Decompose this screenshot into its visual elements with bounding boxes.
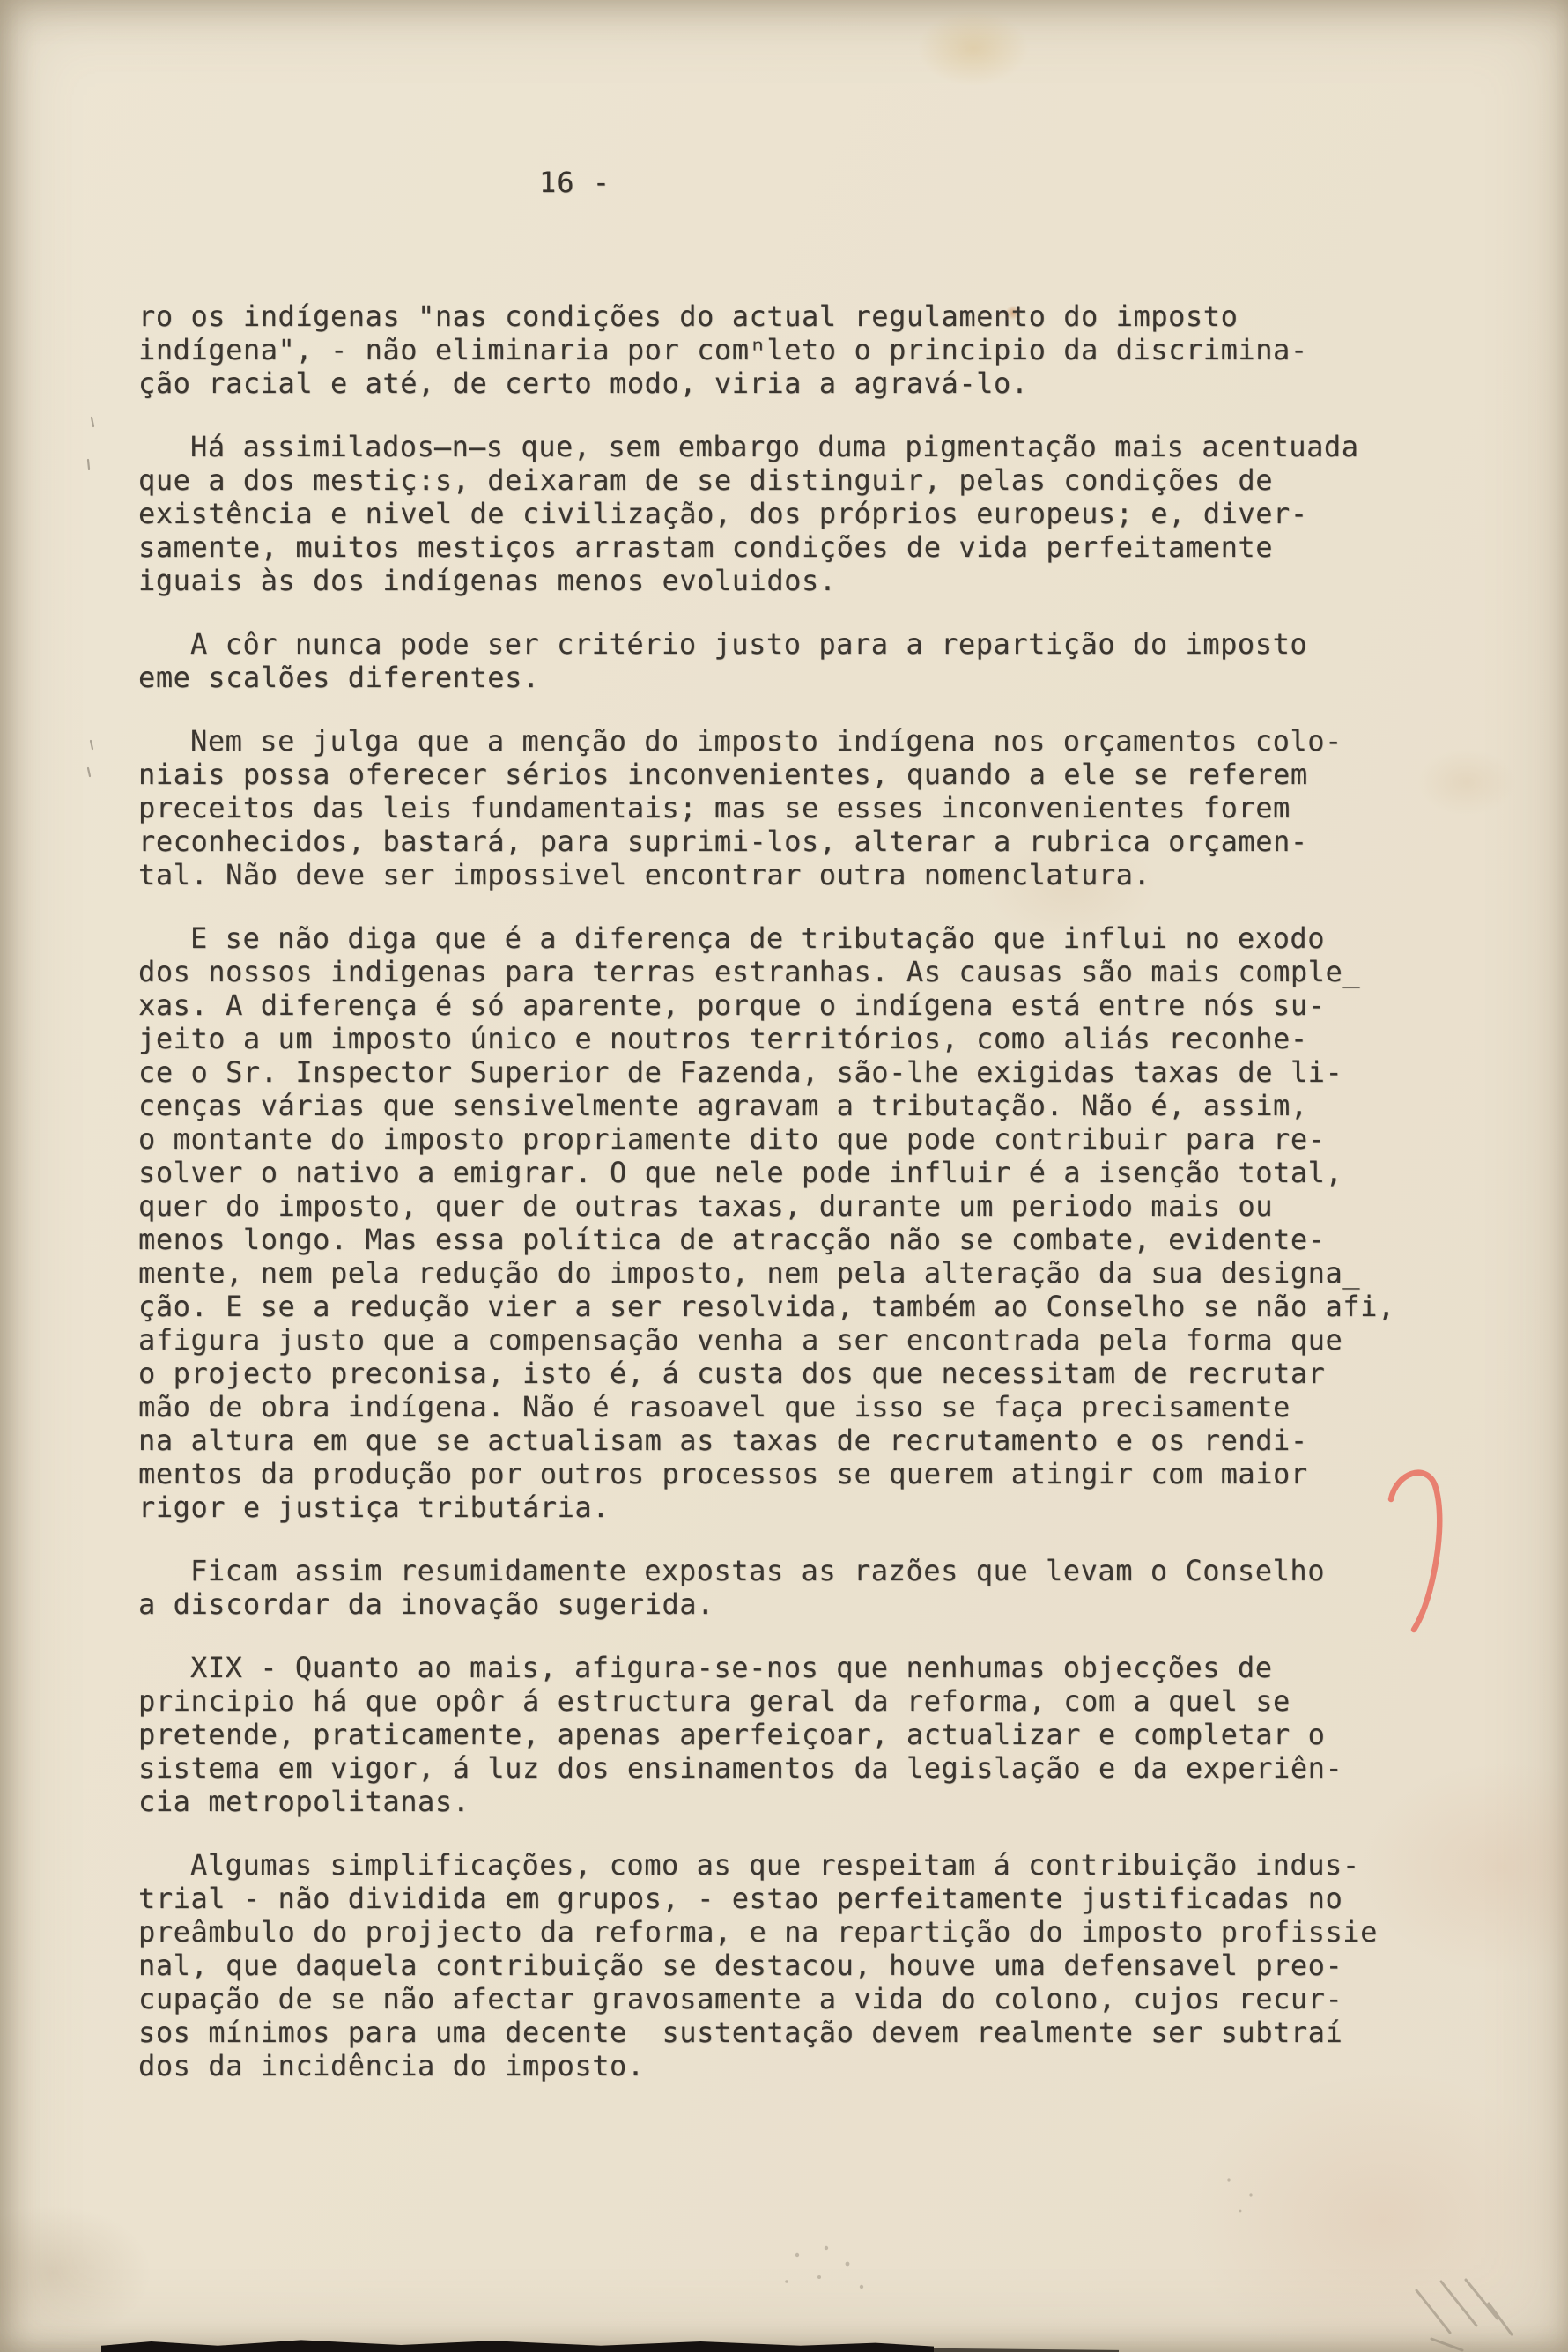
text-line: quer do imposto, quer de outras taxas, d… bbox=[138, 1189, 1442, 1223]
text-line: preceitos das leis fundamentais; mas se … bbox=[138, 791, 1442, 825]
text-line: ção. E se a redução vier a ser resolvida… bbox=[138, 1290, 1442, 1323]
paragraph: Há assimilados̶n̶s que, sem embargo duma… bbox=[138, 430, 1442, 597]
paragraph: A côr nunca pode ser critério justo para… bbox=[138, 627, 1442, 694]
text-line: mão de obra indígena. Não é rasoavel que… bbox=[138, 1390, 1442, 1424]
text-line: Ficam assim resumidamente expostas as ra… bbox=[138, 1554, 1442, 1587]
text-line: ro os indígenas "nas condições do actual… bbox=[138, 300, 1442, 333]
scanned-page: 16 - ro os indígenas "nas condições do a… bbox=[0, 0, 1568, 2352]
text-line: cia metropolitanas. bbox=[138, 1785, 1442, 1818]
text-line: ce o Sr. Inspector Superior de Fazenda, … bbox=[138, 1055, 1442, 1089]
text-line: a discordar da inovação sugerida. bbox=[138, 1587, 1442, 1621]
text-line: pretende, praticamente, apenas aperfeiço… bbox=[138, 1718, 1442, 1751]
text-line: indígena", - não eliminaria por comⁿleto… bbox=[138, 333, 1442, 366]
text-line: existência e nivel de civilização, dos p… bbox=[138, 497, 1442, 530]
text-line: preâmbulo do projjecto da reforma, e na … bbox=[138, 1915, 1442, 1949]
text-line: sos mínimos para uma decente sustentação… bbox=[138, 2015, 1442, 2049]
text-line: dos da incidência do imposto. bbox=[138, 2049, 1442, 2082]
text-line: E se não diga que é a diferença de tribu… bbox=[138, 921, 1442, 955]
text-line: dos nossos indigenas para terras estranh… bbox=[138, 955, 1442, 988]
text-line: A côr nunca pode ser critério justo para… bbox=[138, 627, 1442, 661]
text-line: xas. A diferença é só aparente, porque o… bbox=[138, 988, 1442, 1022]
text-line: jeito a um imposto único e noutros terri… bbox=[138, 1022, 1442, 1055]
scan-edge-shadow bbox=[101, 2338, 934, 2352]
page-number: 16 - bbox=[539, 166, 610, 199]
text-line: iguais às dos indígenas menos evoluidos. bbox=[138, 564, 1442, 597]
text-line: menos longo. Mas essa política de atracç… bbox=[138, 1223, 1442, 1256]
text-line: cupação de se não afectar gravosamente a… bbox=[138, 1982, 1442, 2015]
text-line: samente, muitos mestiços arrastam condiç… bbox=[138, 530, 1442, 564]
text-line: tal. Não deve ser impossivel encontrar o… bbox=[138, 858, 1442, 891]
paragraph: XIX - Quanto ao mais, afigura-se-nos que… bbox=[138, 1651, 1442, 1818]
text-line: o montante do imposto propriamente dito … bbox=[138, 1122, 1442, 1156]
paragraph: Algumas simplificações, como as que resp… bbox=[138, 1848, 1442, 2082]
text-line: eme scalões diferentes. bbox=[138, 661, 1442, 694]
scan-edge-shadow-thin bbox=[934, 2346, 1119, 2352]
text-line: ção racial e até, de certo modo, viria a… bbox=[138, 366, 1442, 400]
paragraph: Ficam assim resumidamente expostas as ra… bbox=[138, 1554, 1442, 1621]
text-line: Nem se julga que a menção do imposto ind… bbox=[138, 724, 1442, 758]
text-line: mentos da produção por outros processos … bbox=[138, 1457, 1442, 1490]
text-line: principio há que opôr á estructura geral… bbox=[138, 1684, 1442, 1718]
text-line: na altura em que se actualisam as taxas … bbox=[138, 1424, 1442, 1457]
text-line: niais possa oferecer sérios inconvenient… bbox=[138, 758, 1442, 791]
text-line: Há assimilados̶n̶s que, sem embargo duma… bbox=[138, 430, 1442, 463]
text-line: afigura justo que a compensação venha a … bbox=[138, 1323, 1442, 1357]
text-line: nal, que daquela contribuição se destaco… bbox=[138, 1949, 1442, 1982]
paragraph: ro os indígenas "nas condições do actual… bbox=[138, 300, 1442, 400]
text-line: cenças várias que sensivelmente agravam … bbox=[138, 1089, 1442, 1122]
document-body: ro os indígenas "nas condições do actual… bbox=[138, 300, 1442, 2112]
text-line: XIX - Quanto ao mais, afigura-se-nos que… bbox=[138, 1651, 1442, 1684]
text-line: trial - não dividida em grupos, - estao … bbox=[138, 1882, 1442, 1915]
paragraph: E se não diga que é a diferença de tribu… bbox=[138, 921, 1442, 1524]
text-line: reconhecidos, bastará, para suprimi-los,… bbox=[138, 825, 1442, 858]
paragraph: Nem se julga que a menção do imposto ind… bbox=[138, 724, 1442, 891]
text-line: que a dos mestiç:s, deixaram de se disti… bbox=[138, 463, 1442, 497]
text-line: rigor e justiça tributária. bbox=[138, 1490, 1442, 1524]
text-line: Algumas simplificações, como as que resp… bbox=[138, 1848, 1442, 1882]
text-line: solver o nativo a emigrar. O que nele po… bbox=[138, 1156, 1442, 1189]
text-line: mente, nem pela redução do imposto, nem … bbox=[138, 1256, 1442, 1290]
text-line: o projecto preconisa, isto é, á custa do… bbox=[138, 1357, 1442, 1390]
text-line: sistema em vigor, á luz dos ensinamentos… bbox=[138, 1751, 1442, 1785]
